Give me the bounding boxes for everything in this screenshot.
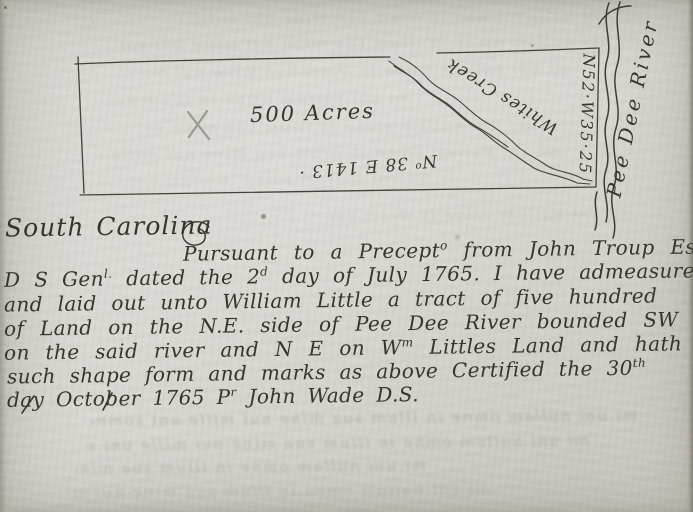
acreage-label: 500 Acres (250, 99, 376, 127)
x-mark (188, 111, 209, 139)
region-heading: South Carolina (5, 211, 213, 243)
page-right-edge (688, 0, 693, 512)
document-page: mi uni nullam omne in illum sua mine nui… (0, 0, 693, 512)
page-left-edge (0, 0, 6, 512)
